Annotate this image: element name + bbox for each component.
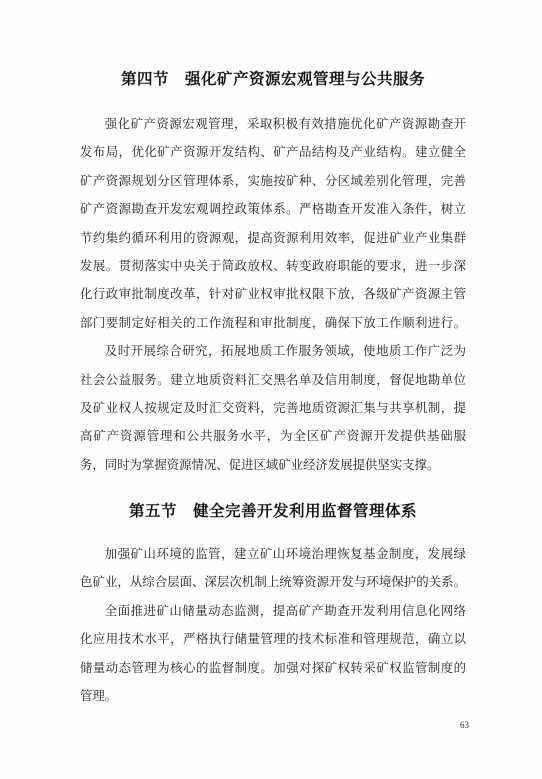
- document-page: 第四节 强化矿产资源宏观管理与公共服务 强化矿产资源宏观管理，采取积极有效措施优…: [0, 0, 542, 779]
- text-line: 强化矿产资源宏观管理，采取积极有效措施优化矿产资源勘查开: [80, 110, 466, 138]
- paragraph-3: 加强矿山环境的监管，建立矿山环境治理恢复基金制度，发展绿 色矿业，从综合层面、深…: [80, 540, 466, 597]
- text-line: 管理。: [80, 682, 466, 710]
- page-content: 第四节 强化矿产资源宏观管理与公共服务 强化矿产资源宏观管理，采取积极有效措施优…: [80, 71, 466, 710]
- paragraph-4: 全面推进矿山储量动态监测，提高矿产勘查开发利用信息化网络 化应用技术水平，严格执…: [80, 597, 466, 711]
- text-line: 矿产资源规划分区管理体系，实施按矿种、分区域差别化管理，完善: [80, 167, 466, 195]
- text-line: 色矿业，从综合层面、深层次机制上统筹资源开发与环境保护的关系。: [80, 568, 466, 596]
- paragraph-2: 及时开展综合研究，拓展地质工作服务领域，使地质工作广泛为 社会公益服务。建立地质…: [80, 337, 466, 479]
- text-line: 务，同时为掌握资源情况、促进区域矿业经济发展提供坚实支撑。: [80, 451, 466, 479]
- text-line: 节约集约循环利用的资源观，提高资源利用效率，促进矿业产业集群: [80, 224, 466, 252]
- text-line: 及时开展综合研究，拓展地质工作服务领域，使地质工作广泛为: [80, 337, 466, 365]
- section-heading-4: 第四节 强化矿产资源宏观管理与公共服务: [80, 71, 466, 88]
- text-line: 高矿产资源管理和公共服务水平，为全区矿产资源开发提供基础服: [80, 422, 466, 450]
- text-line: 及矿业权人按规定及时汇交资料，完善地质资源汇集与共享机制，提: [80, 394, 466, 422]
- text-line: 加强矿山环境的监管，建立矿山环境治理恢复基金制度，发展绿: [80, 540, 466, 568]
- text-line: 发展。贯彻落实中央关于简政放权、转变政府职能的要求，进一步深: [80, 252, 466, 280]
- text-line: 化行政审批制度改革，针对矿业权审批权限下放，各级矿产资源主管: [80, 280, 466, 308]
- text-line: 化应用技术水平，严格执行储量管理的技术标准和管理规范，确立以: [80, 625, 466, 653]
- text-line: 发布局，优化矿产资源开发结构、矿产品结构及产业结构。建立健全: [80, 138, 466, 166]
- paragraph-1: 强化矿产资源宏观管理，采取积极有效措施优化矿产资源勘查开 发布局，优化矿产资源开…: [80, 110, 466, 337]
- text-line: 矿产资源勘查开发宏观调控政策体系。严格勘查开发准入条件，树立: [80, 195, 466, 223]
- text-line: 储量动态管理为核心的监督制度。加强对探矿权转采矿权监管制度的: [80, 654, 466, 682]
- text-line: 部门要制定好相关的工作流程和审批制度，确保下放工作顺利进行。: [80, 309, 466, 337]
- text-line: 全面推进矿山储量动态监测，提高矿产勘查开发利用信息化网络: [80, 597, 466, 625]
- section-heading-5: 第五节 健全完善开发利用监督管理体系: [80, 503, 466, 520]
- text-line: 社会公益服务。建立地质资料汇交黑名单及信用制度，督促地勘单位: [80, 366, 466, 394]
- page-number: 63: [460, 719, 469, 731]
